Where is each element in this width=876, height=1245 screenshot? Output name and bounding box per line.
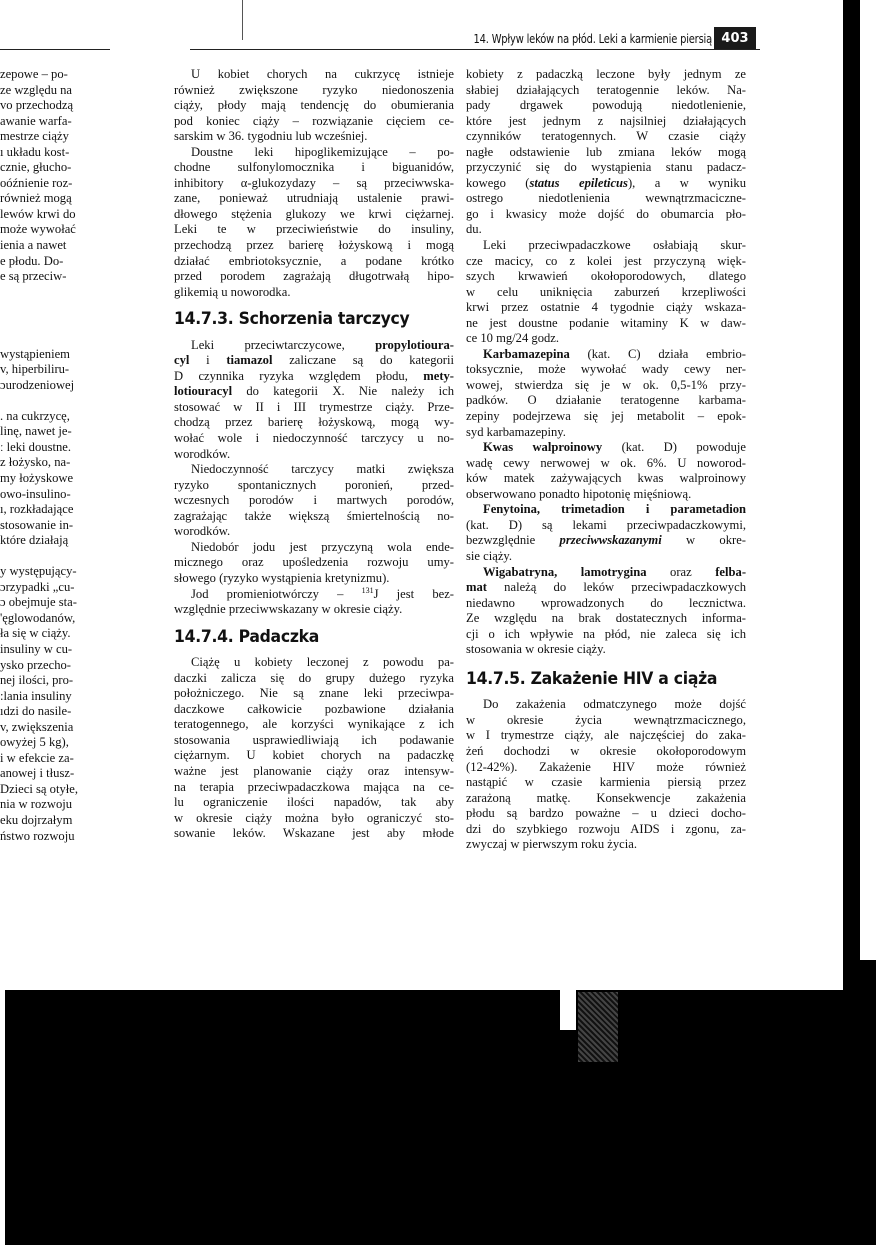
text-line: :lania insuliny xyxy=(0,689,160,705)
text-line: oóźnienie roz- xyxy=(0,176,160,192)
text-line: v, zwiększenia xyxy=(0,720,160,736)
text-line: cze macicy, co z kolei jest przyczyną wi… xyxy=(466,254,746,270)
scan-corner-shadow xyxy=(860,960,876,1245)
text-line: awanie warfa- xyxy=(0,114,160,130)
text-line: owyżej 5 kg), xyxy=(0,735,160,751)
header-rule-left xyxy=(0,49,110,50)
text-line: zepiny podejrzewa się jej metabolit – ep… xyxy=(466,409,746,425)
text-line: ienia a nawet xyxy=(0,238,160,254)
text-line: nej ilości, pro- xyxy=(0,673,160,689)
text-line: cji o ich wpływie na płód, nie zaleca si… xyxy=(466,627,746,643)
paragraph-iodine-deficiency: Niedobór jodu jest przyczyną wola ende-m… xyxy=(174,540,454,587)
text-line: toksycznie, może wywołać wady cewy ner- xyxy=(466,362,746,378)
text-line: nastąpić w czasie karmienia piersią prze… xyxy=(466,775,746,791)
text-line: stosowanie in- xyxy=(0,518,160,534)
text-line: obserwowano ponadto hipotonię mięśniową. xyxy=(466,487,746,503)
text-line: wołać wole i niedoczynność tarczycy u no… xyxy=(174,431,454,447)
text-line: sarskim w 36. tygodniu lub wcześniej. xyxy=(174,129,454,145)
text-line: zepowe – po- xyxy=(0,67,160,83)
text-line: słowego (ryzyko wystąpienia kretynizmu). xyxy=(174,571,454,587)
left-fragment-block-3: . na cukrzycę,linę, nawet je-ː leki dous… xyxy=(0,409,160,549)
paragraph-antithyroid-drugs: Leki przeciwtarczycowe, propylotioura- c… xyxy=(174,338,454,462)
text-line: które jest jednym z najsilniej działając… xyxy=(466,114,746,130)
scan-edge-shadow xyxy=(843,0,860,1000)
text-line: lewów krwi do xyxy=(0,207,160,223)
text-line: my łożyskowe xyxy=(0,471,160,487)
text-line: insuliny w cu- xyxy=(0,642,160,658)
text-line: ı układu kost- xyxy=(0,145,160,161)
text-line: szych krwawień okołoporodowych, dlatego xyxy=(466,269,746,285)
text-line: cznie, głucho- xyxy=(0,160,160,176)
page-number-badge: 403 xyxy=(714,27,756,49)
paragraph-diabetes-risk: U kobiet chorych na cukrzycę istniejerów… xyxy=(174,67,454,145)
text-line: na terapia przeciwpadaczkowa mająca na c… xyxy=(174,780,454,796)
section-heading-thyroid: 14.7.3. Schorzenia tarczycy xyxy=(174,312,432,328)
page-header: 14. Wpływ leków na płód. Leki a karmieni… xyxy=(190,30,760,52)
text-line: du. xyxy=(466,222,746,238)
text-line: ważne jest planowanie ciąży oraz intensy… xyxy=(174,764,454,780)
text-line: ciężarnym. U kobiet chorych na padaczkę xyxy=(174,748,454,764)
text-line: czynników teratogennych. W czasie ciąży xyxy=(466,129,746,145)
text-line: żeń dochodzi w okresie okołoporodowym xyxy=(466,744,746,760)
text-line: Niedobór jodu jest przyczyną wola ende- xyxy=(174,540,454,556)
left-column-fragment: zepowe – po-ze względu navo przechodząaw… xyxy=(0,67,160,844)
section-heading-hiv: 14.7.5. Zakażenie HIV a ciąża xyxy=(466,672,724,688)
text-line: Dzieci są otyłe, xyxy=(0,782,160,798)
text-line: ce 10 mg/24 godz. xyxy=(466,331,746,347)
text-line: Niedoczynność tarczycy matki zwiększa xyxy=(174,462,454,478)
text-line: wczesnych porodów i martwych porodów, xyxy=(174,493,454,509)
text-line: e płodu. Do- xyxy=(0,254,160,270)
text-line: w okresie ciąży można było ograniczyć st… xyxy=(174,811,454,827)
text-line: Doustne leki hipoglikemizujące – po- xyxy=(174,145,454,161)
paragraph-radioactive-iodine: Jod promieniotwórczy – 131J jest bez- wz… xyxy=(174,587,454,618)
right-column: kobiety z padaczką leczone były jednym z… xyxy=(466,67,746,853)
text-line: ː leki doustne. xyxy=(0,440,160,456)
text-line: chodzą przez barierę łożyskową, mogą wy- xyxy=(174,415,454,431)
text-line: stosować w II i III trymestrze ciąży. Pr… xyxy=(174,400,454,416)
paragraph-seizures-hypoxia: kobiety z padaczką leczone były jednym z… xyxy=(466,67,746,238)
text-line: chodne sulfonylomocznika i biguanidów, xyxy=(174,160,454,176)
text-line: linę, nawet je- xyxy=(0,424,160,440)
text-line: syd karbamazepiny. xyxy=(466,425,746,441)
paragraph-phenytoin: Fenytoina, trimetadion i parametadion (k… xyxy=(466,502,746,564)
text-line: ı, rozkładające xyxy=(0,502,160,518)
text-line: kobiety z padaczką leczone były jednym z… xyxy=(466,67,746,83)
text-line: U kobiet chorych na cukrzycę istnieje xyxy=(174,67,454,83)
text-line: również zwiększone ryzyko niedonoszenia xyxy=(174,83,454,99)
text-line: może wywołać xyxy=(0,222,160,238)
text-line: ostrego niedotlenienia wewnątrzmaciczne- xyxy=(466,191,746,207)
text-line: wowej, stwierdza się je w ok. 0,5-1% prz… xyxy=(466,378,746,394)
text-line: y występujący- xyxy=(0,564,160,580)
text-line: stosowania usprawiedliwiają ich podawani… xyxy=(174,733,454,749)
text-line: krwi przez ostatnie 4 tygodnie ciąży wsk… xyxy=(466,300,746,316)
text-line: v, hiperbiliru- xyxy=(0,362,160,378)
paragraph-carbamazepine: Karbamazepina (kat. C) działa embrio- to… xyxy=(466,347,746,440)
text-line: wadę cewy nerwowej w ok. 6%. U noworod- xyxy=(466,456,746,472)
text-line: również mogą xyxy=(0,191,160,207)
text-line: Leki te w przeciwieństwie do insuliny, xyxy=(174,222,454,238)
text-line: lu ograniczenie ilości napadów, tak aby xyxy=(174,795,454,811)
scan-highlight xyxy=(560,990,576,1030)
text-line: ıdzi do nasile- xyxy=(0,704,160,720)
text-line: dzi do szybkiego rozwoju AIDS i zgonu, z… xyxy=(466,822,746,838)
middle-column: U kobiet chorych na cukrzycę istniejerów… xyxy=(174,67,454,842)
text-line: owo-insulino- xyxy=(0,487,160,503)
text-line: ków matek zażywających kwas walproinowy xyxy=(466,471,746,487)
text-line: które działają xyxy=(0,533,160,549)
text-line: w okresie życia wewnątrzmacicznego, xyxy=(466,713,746,729)
text-line: wystąpieniem xyxy=(0,347,160,363)
text-line: eku dojrzałym xyxy=(0,813,160,829)
paragraph-hypothyroidism: Niedoczynność tarczycy matki zwiększaryz… xyxy=(174,462,454,540)
paragraph-hiv-transmission: Do zakażenia odmatczynego może dojśćw ok… xyxy=(466,697,746,852)
text-line: e są przeciw- xyxy=(0,269,160,285)
paragraph-valproic-acid: Kwas walproinowy (kat. D) powoduje wadę … xyxy=(466,440,746,502)
text-line: ne jest doustne podanie witaminy K w daw… xyxy=(466,316,746,332)
text-line: ństwo rozwoju xyxy=(0,829,160,845)
text-line: Leki przeciwpadaczkowe osłabiają skur- xyxy=(466,238,746,254)
section-heading-epilepsy: 14.7.4. Padaczka xyxy=(174,630,432,646)
text-line: anowej i tłusz- xyxy=(0,766,160,782)
running-head: 14. Wpływ leków na płód. Leki a karmieni… xyxy=(473,31,712,46)
text-line: niedawno wprowadzonych do lecznictwa. xyxy=(466,596,746,612)
text-line: ze względu na xyxy=(0,83,160,99)
text-line: pady drgawek powodują niedotlenienie, xyxy=(466,98,746,114)
text-line: stosowania w okresie ciąży. xyxy=(466,642,746,658)
text-line: płodu są bardzo poważne – u dzieci docho… xyxy=(466,806,746,822)
scan-book-spine xyxy=(578,992,618,1062)
left-fragment-block-2: wystąpieniemv, hiperbiliru-ɔurodzeniowej xyxy=(0,347,160,394)
text-line: z łożysko, na- xyxy=(0,455,160,471)
paragraph-oral-hypoglycemics: Doustne leki hipoglikemizujące – po-chod… xyxy=(174,145,454,300)
text-line: padków. O działanie teratogenne karbama- xyxy=(466,393,746,409)
text-line: Ciążę u kobiety leczonej z powodu pa- xyxy=(174,655,454,671)
text-line: ysko przecho- xyxy=(0,658,160,674)
text-line: ryzyko spontanicznych poronień, przed- xyxy=(174,478,454,494)
text-line: worodków. xyxy=(174,447,454,463)
text-line: 'ęglowodanów, xyxy=(0,611,160,627)
text-line: ciąży, płody mają tendencję do obumieran… xyxy=(174,98,454,114)
text-line: glikemią u noworodka. xyxy=(174,285,454,301)
text-line: i w efekcie za- xyxy=(0,751,160,767)
text-line: działać embriotoksycznie, a podane krótk… xyxy=(174,254,454,270)
text-line: przechodzą przez barierę łożyskową i mog… xyxy=(174,238,454,254)
text-line: (12-42%). Zakażenie HIV może również xyxy=(466,760,746,776)
left-fragment-block-1: zepowe – po-ze względu navo przechodząaw… xyxy=(0,67,160,285)
text-line: dłowego stężenia glukozy we krwi ciężarn… xyxy=(174,207,454,223)
text-line: w celu uniknięcia zaburzeń krzepliwości xyxy=(466,285,746,301)
text-line: micznego oraz upośledzenia rozwoju umy- xyxy=(174,555,454,571)
text-line: daczkowe całkowicie pozbawione działania xyxy=(174,702,454,718)
text-line: położniczego. Nie są znane leki przeciwp… xyxy=(174,686,454,702)
text-line: Do zakażenia odmatczynego może dojść xyxy=(466,697,746,713)
text-line: zagrażając także większą śmiertelnością … xyxy=(174,509,454,525)
text-line: mestrze ciąży xyxy=(0,129,160,145)
paragraph-bleeding-vitamin-k: Leki przeciwpadaczkowe osłabiają skur-cz… xyxy=(466,238,746,347)
text-line: Ze względu na brak dostatecznych informa… xyxy=(466,611,746,627)
text-line: . na cukrzycę, xyxy=(0,409,160,425)
text-line: go i kwasicy może dojść do obumarcia pło… xyxy=(466,207,746,223)
text-line: w I trymestrze ciąży, ale najczęściej do… xyxy=(466,728,746,744)
text-line: nia w rozwoju xyxy=(0,797,160,813)
header-rule xyxy=(190,49,760,50)
text-line: przed porodem zagrażają długotrwałą hipo… xyxy=(174,269,454,285)
text-line: vo przechodzą xyxy=(0,98,160,114)
text-line: ɔrzypadki „cu- xyxy=(0,580,160,596)
text-line: teratogennego, ale korzyści wynikające z… xyxy=(174,717,454,733)
text-line: daczki zalicza się do grupy dużego ryzyk… xyxy=(174,671,454,687)
paragraph-new-antiepileptics: Wigabatryna, lamotrygina oraz felba- mat… xyxy=(466,565,746,658)
text-line: zane, ponieważ utrudniają ustalenie praw… xyxy=(174,191,454,207)
text-line: słabiej działających teratogennie leków.… xyxy=(466,83,746,99)
text-line: pod koniec ciąży – rozwiązanie cięciem c… xyxy=(174,114,454,130)
scan-bottom-shadow xyxy=(5,990,876,1245)
text-line: ɔurodzeniowej xyxy=(0,378,160,394)
text-line: worodków. xyxy=(174,524,454,540)
text-line: ła się w ciąży. xyxy=(0,626,160,642)
text-line: zwyczaj w pierwszym roku życia. xyxy=(466,837,746,853)
text-line: inhibitory α-glukozydazy – są przeciwwsk… xyxy=(174,176,454,192)
paragraph-epilepsy-pregnancy: Ciążę u kobiety leczonej z powodu pa-dac… xyxy=(174,655,454,842)
text-line: sowanie leków. Wskazane jest aby młode xyxy=(174,826,454,842)
text-line: ɔ obejmuje sta- xyxy=(0,595,160,611)
text-line: nagłe odstawienie lub zmiana leków mogą xyxy=(466,145,746,161)
text-line: zarażoną matkę. Konsekwencje zakażenia xyxy=(466,791,746,807)
left-fragment-block-4: y występujący-ɔrzypadki „cu-ɔ obejmuje s… xyxy=(0,564,160,844)
text-line: przyczynić się do wystąpienia stanu pada… xyxy=(466,160,746,176)
